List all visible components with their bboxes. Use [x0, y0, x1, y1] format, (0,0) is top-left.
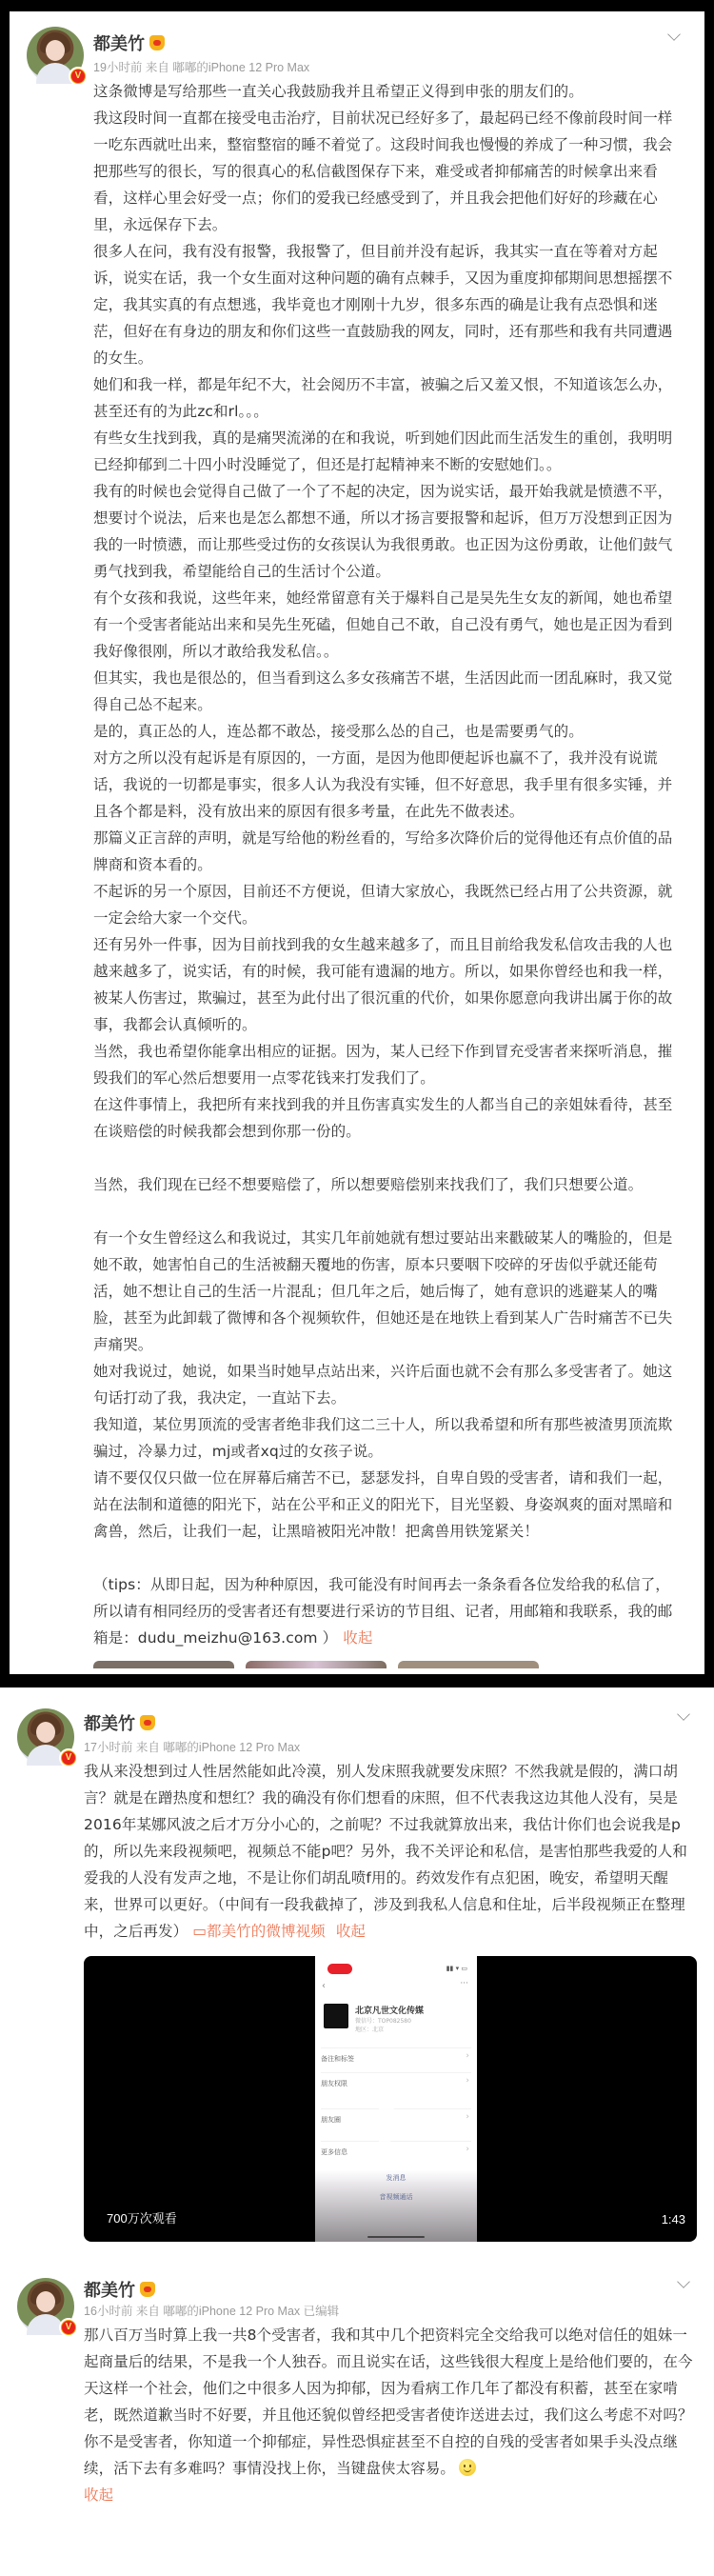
vip-crown-icon [149, 35, 165, 50]
settings-row: 朋友权限 [321, 2072, 471, 2088]
paragraph: 有些女生找到我，真的是痛哭流涕的在和我说，听到她们因此而生活发生的重创，我明明已… [93, 425, 678, 478]
user-row: 都美竹 [84, 2272, 695, 2301]
avatar-face [36, 1722, 55, 1743]
video-view-count: 700万次观看 [107, 2208, 177, 2227]
paragraph: 她们和我一样，都是年纪不大，社会阅历不丰富，被骗之后又羞又恨，不知道该怎么办，甚… [93, 371, 678, 425]
profile-id: 微信号：TOP082580 [355, 2017, 411, 2026]
smile-emoji-icon [459, 2459, 476, 2476]
home-indicator [367, 2236, 425, 2238]
avatar-face [36, 2291, 55, 2312]
user-row: 都美竹 [84, 1708, 695, 1737]
avatar-face [46, 40, 65, 61]
paragraph: 我知道，某位男顶流的受害者绝非我们这二三十人，所以我希望和所有那些被渣男顶流欺骗… [93, 1411, 678, 1465]
av-call-link: 音视频通话 [315, 2192, 477, 2202]
collapse-row: 收起 [84, 2482, 695, 2508]
image-thumbnail[interactable] [398, 1661, 539, 1668]
recording-indicator [327, 1964, 352, 1974]
video-link-label: 都美竹的微博视频 [207, 1923, 326, 1940]
user-row: 都美竹 [93, 29, 678, 57]
image-thumbnail[interactable] [246, 1661, 387, 1668]
profile-picture [324, 2004, 348, 2028]
paragraph: 当然，我也希望你能拿出相应的证据。因为，某人已经下作到冒充受害者来探听消息，摧毁… [93, 1038, 678, 1091]
weibo-post-2: V 都美竹 17小时前 来自 嘟嘟的iPhone 12 Pro Max 我从来没… [0, 1687, 714, 2257]
verified-v-icon: V [59, 1748, 78, 1767]
paragraph: 对方之所以没有起诉是有原因的，一方面，是因为他即便起诉也赢不了，我并没有说谎话，… [93, 745, 678, 825]
paragraph: 不起诉的另一个原因，目前还不方便说，但请大家放心，我既然已经占用了公共资源，就一… [93, 878, 678, 931]
video-link[interactable]: ▭都美竹的微博视频 [192, 1923, 326, 1940]
paragraph: 我从来没想到过人性居然能如此冷漠，别人发床照我就要发床照？不然我就是假的，满口胡… [84, 1758, 695, 1945]
more-icon: ··· [460, 1979, 468, 1988]
image-thumbnails [93, 1661, 678, 1668]
paragraph: 我这段时间一直都在接受电击治疗，目前状况已经好多了，最起码已经不像前段时间一样一… [93, 105, 678, 238]
collapse-link[interactable]: 收起 [343, 1629, 372, 1647]
user-name[interactable]: 都美竹 [84, 2277, 135, 2302]
tips-paragraph: （tips：从即日起，因为种种原因，我可能没有时间再去一条条看各位发给我的私信了… [93, 1571, 678, 1651]
paragraph: 她对我说过，她说，如果当时她早点站出来，兴许后面也就不会有那么多受害者了。她这句… [93, 1358, 678, 1411]
paragraph: 还有另外一件事，因为目前找到我的女生越来越多了，而且目前给我发私信攻击我的人也越… [93, 931, 678, 1038]
paragraph: 请不要仅仅只做一位在屏幕后痛苦不已，瑟瑟发抖，自卑自毁的受害者，请和我们一起，站… [93, 1465, 678, 1545]
profile-name: 北京凡世文化传媒 [355, 2004, 424, 2016]
post-meta: 17小时前 来自 嘟嘟的iPhone 12 Pro Max [84, 1737, 695, 1758]
profile-region: 地区：北京 [355, 2026, 411, 2034]
user-name[interactable]: 都美竹 [84, 1710, 135, 1735]
vip-crown-icon [140, 2282, 155, 2297]
paragraph: 当然，我们现在已经不想要赔偿了，所以想要赔偿别来找我们了，我们只想要公道。 [93, 1171, 678, 1198]
image-thumbnail[interactable] [93, 1661, 234, 1668]
send-message-link: 发消息 [315, 2173, 477, 2183]
paragraph: 是的，真正怂的人，连怂都不敢怂，接受那么怂的自己，也是需要勇气的。 [93, 718, 678, 745]
weibo-post-1: V 都美竹 19小时前 来自 嘟嘟的iPhone 12 Pro Max 这条微博… [10, 11, 704, 1674]
post-meta: 19小时前 来自 嘟嘟的iPhone 12 Pro Max [93, 57, 678, 78]
video-link-icon: ▭ [192, 1923, 207, 1940]
avatar[interactable]: V [17, 2278, 74, 2335]
status-bar-icons: ▮▮ ▾ ▭ [446, 1965, 467, 1972]
paragraph: 有一个女生曾经这么和我说过，其实几年前她就有想过要站出来戳破某人的嘴脸的，但是她… [93, 1225, 678, 1358]
paragraph: 那八百万当时算上我一共8个受害者，我和其中几个把资料完全交给我可以绝对信任的姐妹… [84, 2322, 695, 2482]
video-player[interactable]: ▮▮ ▾ ▭ ‹ ··· 北京凡世文化传媒 微信号：TOP082580 地区：北… [84, 1956, 697, 2242]
weibo-post-3: V 都美竹 16小时前 来自 嘟嘟的iPhone 12 Pro Max 已编辑 … [0, 2257, 714, 2524]
paragraph: 那篇义正言辞的声明，就是写给他的粉丝看的，写给多次降价后的觉得他还有点价值的品牌… [93, 825, 678, 878]
back-icon: ‹ [322, 1981, 326, 1991]
screenshot-frame: V 都美竹 19小时前 来自 嘟嘟的iPhone 12 Pro Max 这条微博… [0, 0, 714, 1687]
paragraph: 这条微博是写给那些一直关心我鼓励我并且希望正义得到申张的朋友们的。 [93, 78, 678, 105]
video-duration: 1:43 [662, 2212, 685, 2227]
post-meta: 16小时前 来自 嘟嘟的iPhone 12 Pro Max 已编辑 [84, 2301, 695, 2322]
collapse-link[interactable]: 收起 [336, 1923, 366, 1940]
post-text: 那八百万当时算上我一共8个受害者，我和其中几个把资料完全交给我可以绝对信任的姐妹… [84, 2326, 693, 2477]
paragraph: 但其实，我也是很怂的，但当看到这么多女孩痛苦不堪，生活因此而一团乱麻时，我又觉得… [93, 665, 678, 718]
collapse-link[interactable]: 收起 [84, 2486, 113, 2504]
post-body: 这条微博是写给那些一直关心我鼓励我并且希望正义得到申张的朋友们的。 我这段时间一… [93, 78, 678, 1651]
post-body: 我从来没想到过人性居然能如此冷漠，别人发床照我就要发床照？不然我就是假的，满口胡… [84, 1758, 695, 1945]
verified-v-icon: V [69, 67, 88, 86]
vip-crown-icon [140, 1715, 155, 1730]
play-icon[interactable] [379, 2097, 413, 2150]
profile-details: 微信号：TOP082580 地区：北京 [355, 2017, 411, 2034]
paragraph: 我有的时候也会觉得自己做了一个了不起的决定，因为说实话，最开始我就是愤懑不平，想… [93, 478, 678, 585]
avatar[interactable]: V [17, 1708, 74, 1766]
paragraph: 有个女孩和我说，这些年来，她经常留意有关于爆料自己是吴先生女友的新闻，她也希望有… [93, 585, 678, 665]
verified-v-icon: V [59, 2318, 78, 2337]
avatar[interactable]: V [27, 27, 84, 84]
post-text: 我从来没想到过人性居然能如此冷漠，别人发床照我就要发床照？不然我就是假的，满口胡… [84, 1763, 687, 1940]
tips-text: （tips：从即日起，因为种种原因，我可能没有时间再去一条条看各位发给我的私信了… [93, 1576, 672, 1647]
post-body: 那八百万当时算上我一共8个受害者，我和其中几个把资料完全交给我可以绝对信任的姐妹… [84, 2322, 695, 2508]
paragraph: 很多人在问，我有没有报警，我报警了，但目前并没有起诉，我其实一直在等着对方起诉，… [93, 238, 678, 371]
paragraph: 在这件事情上，我把所有来找到我的并且伤害真实发生的人都当自己的亲姐妹看待，甚至在… [93, 1091, 678, 1145]
user-name[interactable]: 都美竹 [93, 30, 145, 55]
settings-row: 备注和标签 [321, 2047, 471, 2064]
